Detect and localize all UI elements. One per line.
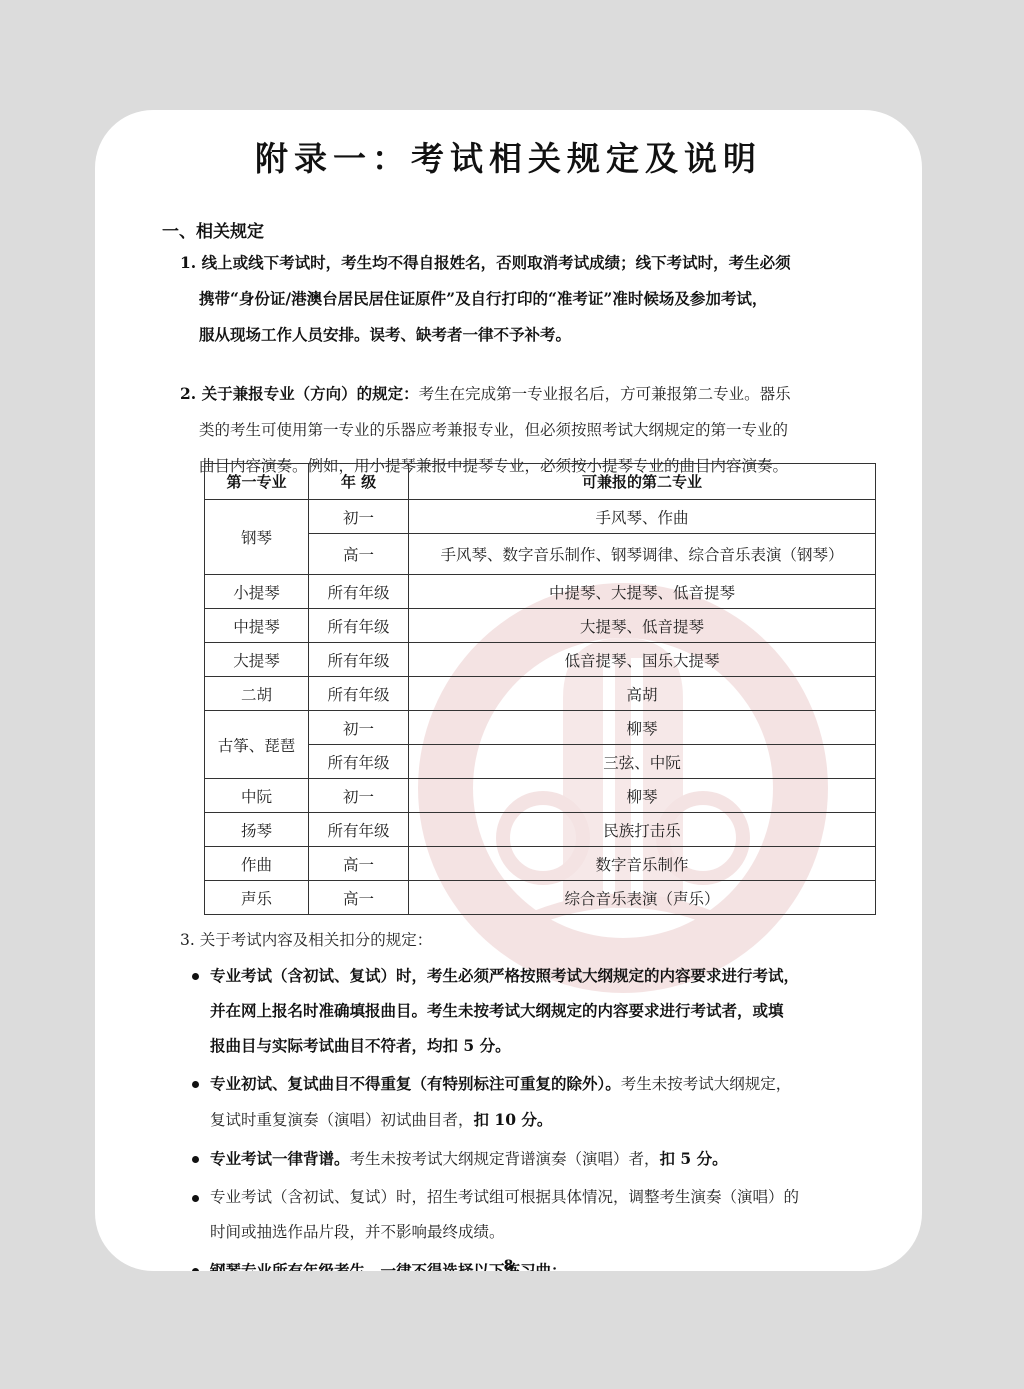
cell-second: 柳琴 [409, 779, 876, 813]
table-row: 声乐 高一 综合音乐表演（声乐） [205, 881, 876, 915]
cell-grade: 所有年级 [309, 745, 409, 779]
bullet-4-line-1: 专业考试（含初试、复试）时，招生考试组可根据具体情况，调整考生演奏（演唱）的 [210, 1180, 890, 1215]
bullet-item: 专业初试、复试曲目不得重复（有特别标注可重复的除外）。考生未按考试大纲规定， 复… [190, 1066, 890, 1138]
rule-2-line-2: 类的考生可使用第一专业的乐器应考兼报专业，但必须按照考试大纲规定的第一专业的 [180, 412, 870, 448]
cell-grade: 高一 [309, 881, 409, 915]
bullet-dot-icon [192, 973, 199, 980]
bullet-2-penalty: 扣 10 分。 [474, 1110, 553, 1129]
cell-major: 中阮 [205, 779, 309, 813]
cell-second: 三弦、中阮 [409, 745, 876, 779]
bullet-1-line-3: 报曲目与实际考试曲目不符者，均扣 5 分。 [210, 1028, 890, 1063]
cell-second: 低音提琴、国乐大提琴 [409, 643, 876, 677]
bullet-item: 专业考试一律背谱。考生未按考试大纲规定背谱演奏（演唱）者，扣 5 分。 [190, 1141, 890, 1177]
bullet-dot-icon [192, 1156, 199, 1163]
header-second-major: 可兼报的第二专业 [409, 464, 876, 500]
table-row: 大提琴 所有年级 低音提琴、国乐大提琴 [205, 643, 876, 677]
cell-major: 钢琴 [205, 500, 309, 575]
cell-major: 小提琴 [205, 575, 309, 609]
second-major-table: 第一专业 年 级 可兼报的第二专业 钢琴 初一 手风琴、作曲 高一 手风琴、数字… [204, 463, 876, 915]
bullet-3-lead: 专业考试一律背谱。 [210, 1149, 350, 1168]
cell-second: 中提琴、大提琴、低音提琴 [409, 575, 876, 609]
page-number: 8 [95, 1258, 922, 1271]
bullet-dot-icon [192, 1081, 199, 1088]
cell-major: 作曲 [205, 847, 309, 881]
rule-1-line-1: 1. 线上或线下考试时，考生均不得自报姓名，否则取消考试成绩；线下考试时，考生必… [180, 245, 870, 281]
document-page: 附录一：考试相关规定及说明 一、相关规定 1. 线上或线下考试时，考生均不得自报… [95, 110, 922, 1271]
bullet-item: 专业考试（含初试、复试）时，招生考试组可根据具体情况，调整考生演奏（演唱）的 时… [190, 1180, 890, 1250]
cell-grade: 高一 [309, 847, 409, 881]
header-grade: 年 级 [309, 464, 409, 500]
rule-1-line-2: 携带“身份证/港澳台居民居住证原件”及自行打印的“准考证”准时候场及参加考试， [180, 281, 870, 317]
table-row: 作曲 高一 数字音乐制作 [205, 847, 876, 881]
rule-1-line-3: 服从现场工作人员安排。误考、缺考者一律不予补考。 [180, 317, 870, 353]
table-row: 钢琴 初一 手风琴、作曲 [205, 500, 876, 534]
table-row: 小提琴 所有年级 中提琴、大提琴、低音提琴 [205, 575, 876, 609]
rule-1: 1. 线上或线下考试时，考生均不得自报姓名，否则取消考试成绩；线下考试时，考生必… [180, 245, 870, 353]
cell-major: 二胡 [205, 677, 309, 711]
cell-second: 手风琴、作曲 [409, 500, 876, 534]
rule-2-lead: 2. 关于兼报专业（方向）的规定： [180, 384, 419, 403]
table-row: 中阮 初一 柳琴 [205, 779, 876, 813]
table-row: 二胡 所有年级 高胡 [205, 677, 876, 711]
cell-grade: 高一 [309, 534, 409, 575]
bullet-4-line-2: 时间或抽选作品片段，并不影响最终成绩。 [210, 1215, 890, 1250]
section-heading: 一、相关规定 [162, 217, 264, 242]
cell-second: 民族打击乐 [409, 813, 876, 847]
cell-major: 中提琴 [205, 609, 309, 643]
cell-grade: 所有年级 [309, 575, 409, 609]
cell-grade: 所有年级 [309, 677, 409, 711]
cell-grade: 初一 [309, 779, 409, 813]
bullet-1-line-2: 并在网上报名时准确填报曲目。考生未按考试大纲规定的内容要求进行考试者，或填 [210, 993, 890, 1028]
cell-second: 手风琴、数字音乐制作、钢琴调律、综合音乐表演（钢琴） [409, 534, 876, 575]
cell-major: 古筝、琵琶 [205, 711, 309, 779]
cell-second: 综合音乐表演（声乐） [409, 881, 876, 915]
bullet-3-text: 考生未按考试大纲规定背谱演奏（演唱）者， [350, 1150, 660, 1168]
bullet-3-penalty: 扣 5 分。 [660, 1149, 728, 1168]
cell-grade: 初一 [309, 500, 409, 534]
cell-grade: 初一 [309, 711, 409, 745]
table-row: 古筝、琵琶 初一 柳琴 [205, 711, 876, 745]
page-title: 附录一：考试相关规定及说明 [95, 133, 922, 180]
cell-second: 大提琴、低音提琴 [409, 609, 876, 643]
rule-3-bullets: 专业考试（含初试、复试）时，考生必须严格按照考试大纲规定的内容要求进行考试， 并… [190, 958, 890, 1271]
bullet-1-line-1: 专业考试（含初试、复试）时，考生必须严格按照考试大纲规定的内容要求进行考试， [210, 958, 890, 993]
cell-grade: 所有年级 [309, 813, 409, 847]
cell-major: 扬琴 [205, 813, 309, 847]
bullet-2-line-1: 考生未按考试大纲规定， [621, 1075, 792, 1093]
bullet-dot-icon [192, 1195, 199, 1202]
bullet-item: 专业考试（含初试、复试）时，考生必须严格按照考试大纲规定的内容要求进行考试， 并… [190, 958, 890, 1063]
cell-grade: 所有年级 [309, 643, 409, 677]
cell-major: 大提琴 [205, 643, 309, 677]
cell-major: 声乐 [205, 881, 309, 915]
cell-second: 数字音乐制作 [409, 847, 876, 881]
rule-3-heading: 3. 关于考试内容及相关扣分的规定： [180, 922, 870, 958]
table-header-row: 第一专业 年 级 可兼报的第二专业 [205, 464, 876, 500]
cell-second: 柳琴 [409, 711, 876, 745]
table-row: 扬琴 所有年级 民族打击乐 [205, 813, 876, 847]
cell-second: 高胡 [409, 677, 876, 711]
bullet-2-lead: 专业初试、复试曲目不得重复（有特别标注可重复的除外）。 [210, 1074, 621, 1093]
header-first-major: 第一专业 [205, 464, 309, 500]
table-row: 中提琴 所有年级 大提琴、低音提琴 [205, 609, 876, 643]
rule-2-line-1: 考生在完成第一专业报名后，方可兼报第二专业。器乐 [419, 385, 791, 403]
bullet-2-line-2: 复试时重复演奏（演唱）初试曲目者， [210, 1111, 474, 1129]
cell-grade: 所有年级 [309, 609, 409, 643]
